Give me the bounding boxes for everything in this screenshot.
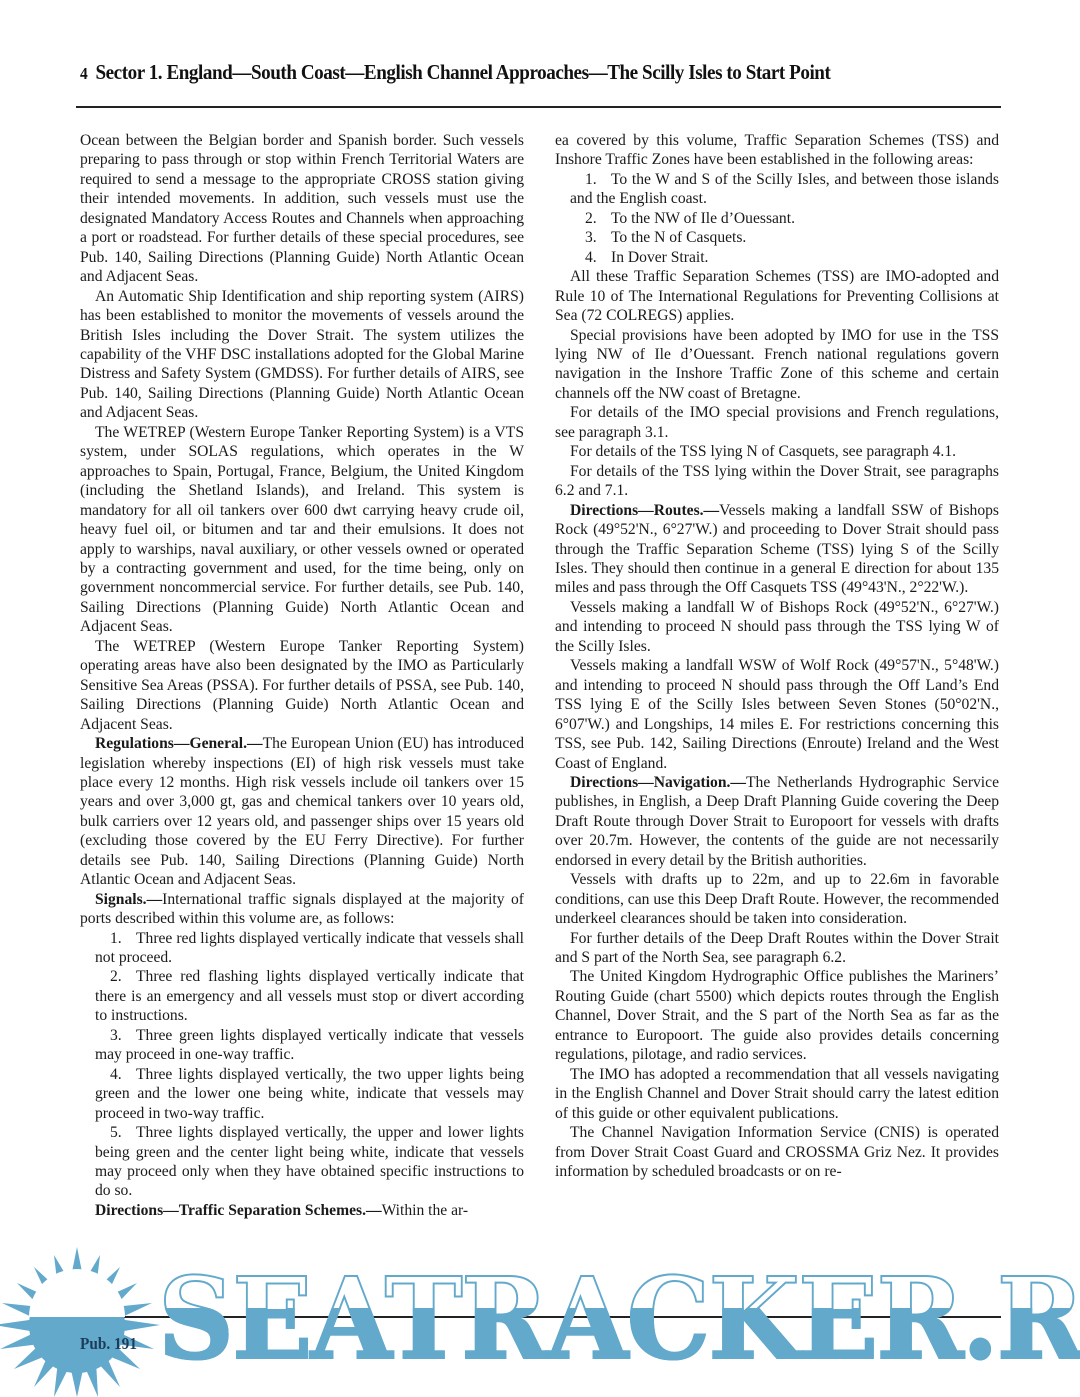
paragraph: All these Traffic Separation Schemes (TS… [555, 267, 999, 325]
tss-paragraph: Directions—Traffic Separation Schemes.—W… [80, 1201, 524, 1220]
paragraph: The WETREP (Western Europe Tanker Report… [80, 637, 524, 734]
list-item: 5.Three lights displayed vertically, the… [80, 1123, 524, 1201]
right-column: ea covered by this volume, Traffic Separ… [555, 131, 999, 1181]
watermark-text: SEATRACKER.RU [158, 1264, 1080, 1376]
list-item: 1.Three red lights displayed vertically … [80, 929, 524, 968]
paragraph: Special provisions have been adopted by … [555, 326, 999, 404]
paragraph: The United Kingdom Hydrographic Office p… [555, 967, 999, 1064]
paragraph: The IMO has adopted a recommendation tha… [555, 1065, 999, 1123]
list-item: 4.In Dover Strait. [555, 248, 999, 267]
paragraph: Vessels making a landfall W of Bishops R… [555, 598, 999, 656]
paragraph: Ocean between the Belgian border and Spa… [80, 131, 524, 287]
sun-starburst-icon [0, 1247, 162, 1397]
page-header: 4Sector 1. England—South Coast—English C… [80, 60, 917, 85]
regulations-paragraph: Regulations—General.—The European Union … [80, 734, 524, 890]
paragraph: For details of the IMO special provision… [555, 403, 999, 442]
list-item: 2.To the NW of Ile d’Ouessant. [555, 209, 999, 228]
signals-paragraph: Signals.—International traffic signals d… [80, 890, 524, 929]
paragraph: For details of the TSS lying within the … [555, 462, 999, 501]
section-heading: Directions—Navigation.— [570, 774, 746, 791]
paragraph: For details of the TSS lying N of Casque… [555, 442, 999, 461]
section-heading: Signals.— [95, 891, 162, 908]
list-item: 1.To the W and S of the Scilly Isles, an… [555, 170, 999, 209]
paragraph: ea covered by this volume, Traffic Separ… [555, 131, 999, 170]
section-heading: Directions—Routes.— [570, 502, 719, 519]
page-title: Sector 1. England—South Coast—English Ch… [95, 60, 830, 84]
list-item: 3.Three green lights displayed verticall… [80, 1026, 524, 1065]
navigation-paragraph: Directions—Navigation.—The Netherlands H… [555, 773, 999, 870]
list-item: 2.Three red flashing lights displayed ve… [80, 967, 524, 1025]
paragraph: Vessels making a landfall WSW of Wolf Ro… [555, 656, 999, 773]
section-heading: Regulations—General.— [95, 735, 263, 752]
list-item: 3.To the N of Casquets. [555, 228, 999, 247]
section-heading: Directions—Traffic Separation Schemes.— [95, 1202, 382, 1219]
page-number: 4 [80, 64, 87, 83]
header-rule [76, 106, 1001, 108]
paragraph: An Automatic Ship Identification and shi… [80, 287, 524, 423]
paragraph: The WETREP (Western Europe Tanker Report… [80, 423, 524, 637]
paragraph: Vessels with drafts up to 22m, and up to… [555, 870, 999, 928]
paragraph: The Channel Navigation Information Servi… [555, 1123, 999, 1181]
paragraph: For further details of the Deep Draft Ro… [555, 929, 999, 968]
list-item: 4.Three lights displayed vertically, the… [80, 1065, 524, 1123]
routes-paragraph: Directions—Routes.—Vessels making a land… [555, 501, 999, 598]
footer-pub-label: Pub. 191 [80, 1334, 137, 1354]
left-column: Ocean between the Belgian border and Spa… [80, 131, 524, 1220]
